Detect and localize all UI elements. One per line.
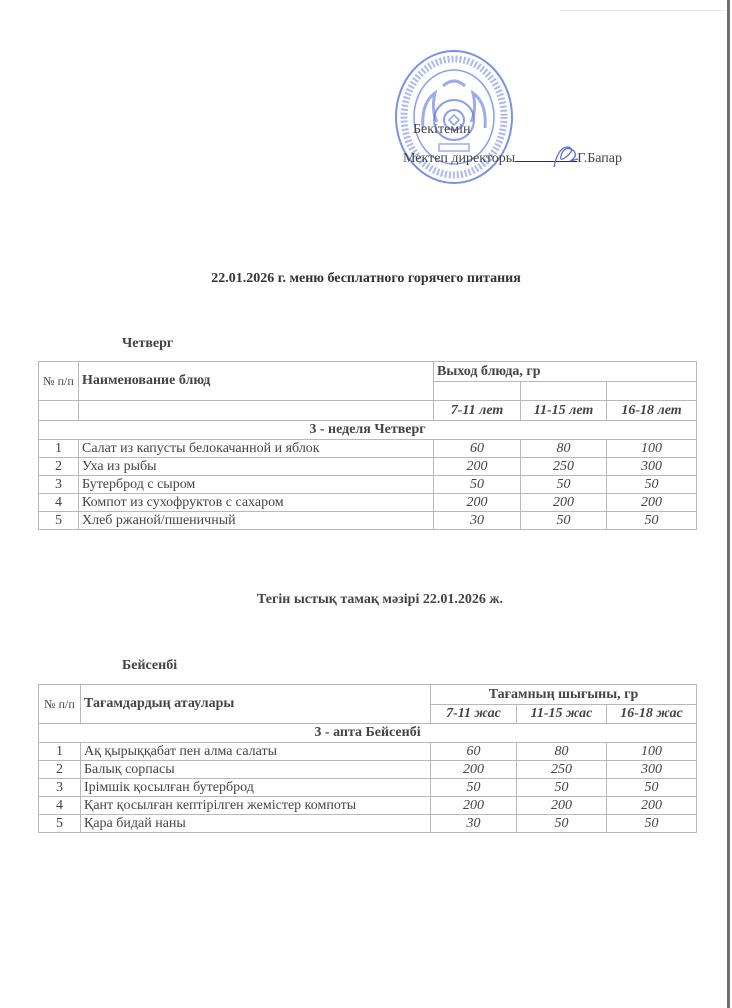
- day-label-kz: Бейсенбі: [122, 658, 177, 674]
- portion-value: 80: [517, 743, 607, 761]
- dish-name: Хлеб ржаной/пшеничный: [79, 512, 434, 530]
- age-group-2: 11-15 жас: [517, 705, 607, 724]
- age-group-1: 7-11 жас: [431, 705, 517, 724]
- row-number: 4: [39, 494, 79, 512]
- table-row: 5Қара бидай наны305050: [39, 815, 697, 833]
- week-label: 3 - неделя Четверг: [39, 421, 697, 440]
- dish-name: Компот из сухофруктов с сахаром: [79, 494, 434, 512]
- portion-value: 30: [431, 815, 517, 833]
- row-number: 3: [39, 476, 79, 494]
- portion-value: 200: [434, 494, 521, 512]
- dish-name: Бутерброд с сыром: [79, 476, 434, 494]
- portion-value: 50: [517, 779, 607, 797]
- dish-name: Қара бидай наны: [81, 815, 431, 833]
- week-label: 3 - апта Бейсенбі: [39, 724, 697, 743]
- portion-value: 50: [517, 815, 607, 833]
- table-row: 1Ақ қырыққабат пен алма салаты6080100: [39, 743, 697, 761]
- row-number: 5: [39, 815, 81, 833]
- table-row: 4Компот из сухофруктов с сахаром20020020…: [39, 494, 697, 512]
- approval-signature-row: Мектеп директорыГ.Бапар: [403, 149, 622, 166]
- portion-value: 50: [607, 815, 697, 833]
- age-group-3: 16-18 лет: [607, 401, 697, 421]
- portion-value: 50: [607, 779, 697, 797]
- col-header-name: Наименование блюд: [79, 362, 434, 401]
- age-group-2: 11-15 лет: [521, 401, 607, 421]
- portion-value: 200: [607, 797, 697, 815]
- dish-name: Ірімшік қосылған бутерброд: [81, 779, 431, 797]
- menu-table-kz: № п/п Тағамдардың атаулары Тағамның шығы…: [38, 684, 697, 833]
- approval-title: Бекітемін: [413, 123, 471, 137]
- empty-cell: [434, 382, 521, 401]
- director-label: Мектеп директоры: [403, 151, 515, 166]
- portion-value: 300: [607, 761, 697, 779]
- row-number: 4: [39, 797, 81, 815]
- row-number: 1: [39, 440, 79, 458]
- director-name: Г.Бапар: [577, 151, 622, 166]
- row-number: 3: [39, 779, 81, 797]
- portion-value: 50: [431, 779, 517, 797]
- portion-value: 250: [517, 761, 607, 779]
- dish-name: Қант қосылған кептірілген жемістер компо…: [81, 797, 431, 815]
- portion-value: 80: [521, 440, 607, 458]
- row-number: 1: [39, 743, 81, 761]
- scan-edge: [727, 0, 730, 1008]
- portion-value: 200: [607, 494, 697, 512]
- col-header-output: Тағамның шығыны, гр: [431, 685, 697, 705]
- table-row: 2Балық сорпасы200250300: [39, 761, 697, 779]
- portion-value: 200: [431, 761, 517, 779]
- dish-name: Салат из капусты белокачанной и яблок: [79, 440, 434, 458]
- portion-value: 200: [431, 797, 517, 815]
- table-body-ru: 1Салат из капусты белокачанной и яблок60…: [39, 440, 697, 530]
- portion-value: 300: [607, 458, 697, 476]
- dish-name: Ақ қырыққабат пен алма салаты: [81, 743, 431, 761]
- portion-value: 50: [521, 512, 607, 530]
- page-title-ru: 22.01.2026 г. меню бесплатного горячего …: [0, 271, 732, 287]
- table-body-kz: 1Ақ қырыққабат пен алма салаты60801002Ба…: [39, 743, 697, 833]
- table-row: 5Хлеб ржаной/пшеничный305050: [39, 512, 697, 530]
- empty-cell: [39, 401, 79, 421]
- portion-value: 30: [434, 512, 521, 530]
- page-title-kz: Тегін ыстық тамақ мәзірі 22.01.2026 ж.: [0, 592, 732, 608]
- empty-cell: [79, 401, 434, 421]
- scan-artifact-line: [560, 10, 725, 11]
- portion-value: 200: [517, 797, 607, 815]
- portion-value: 250: [521, 458, 607, 476]
- portion-value: 200: [521, 494, 607, 512]
- empty-cell: [521, 382, 607, 401]
- table-row: 3Ірімшік қосылған бутерброд505050: [39, 779, 697, 797]
- table-row: 4Қант қосылған кептірілген жемістер комп…: [39, 797, 697, 815]
- row-number: 2: [39, 761, 81, 779]
- age-group-1: 7-11 лет: [434, 401, 521, 421]
- portion-value: 50: [607, 512, 697, 530]
- age-group-3: 16-18 жас: [607, 705, 697, 724]
- day-label-ru: Четверг: [122, 336, 173, 352]
- col-header-name: Тағамдардың атаулары: [81, 685, 431, 724]
- portion-value: 50: [607, 476, 697, 494]
- col-header-output: Выход блюда, гр: [434, 362, 697, 382]
- dish-name: Балық сорпасы: [81, 761, 431, 779]
- col-header-num: № п/п: [39, 685, 81, 724]
- portion-value: 200: [434, 458, 521, 476]
- table-row: 1Салат из капусты белокачанной и яблок60…: [39, 440, 697, 458]
- approval-block: Бекітемін Мектеп директорыГ.Бапар: [413, 123, 471, 137]
- portion-value: 50: [434, 476, 521, 494]
- row-number: 2: [39, 458, 79, 476]
- col-header-num: № п/п: [39, 362, 79, 401]
- table-row: 2Уха из рыбы200250300: [39, 458, 697, 476]
- portion-value: 60: [431, 743, 517, 761]
- portion-value: 100: [607, 440, 697, 458]
- portion-value: 100: [607, 743, 697, 761]
- portion-value: 60: [434, 440, 521, 458]
- portion-value: 50: [521, 476, 607, 494]
- row-number: 5: [39, 512, 79, 530]
- dish-name: Уха из рыбы: [79, 458, 434, 476]
- signature-icon: [548, 141, 582, 175]
- table-row: 3Бутерброд с сыром505050: [39, 476, 697, 494]
- menu-table-ru: № п/п Наименование блюд Выход блюда, гр …: [38, 361, 697, 530]
- empty-cell: [607, 382, 697, 401]
